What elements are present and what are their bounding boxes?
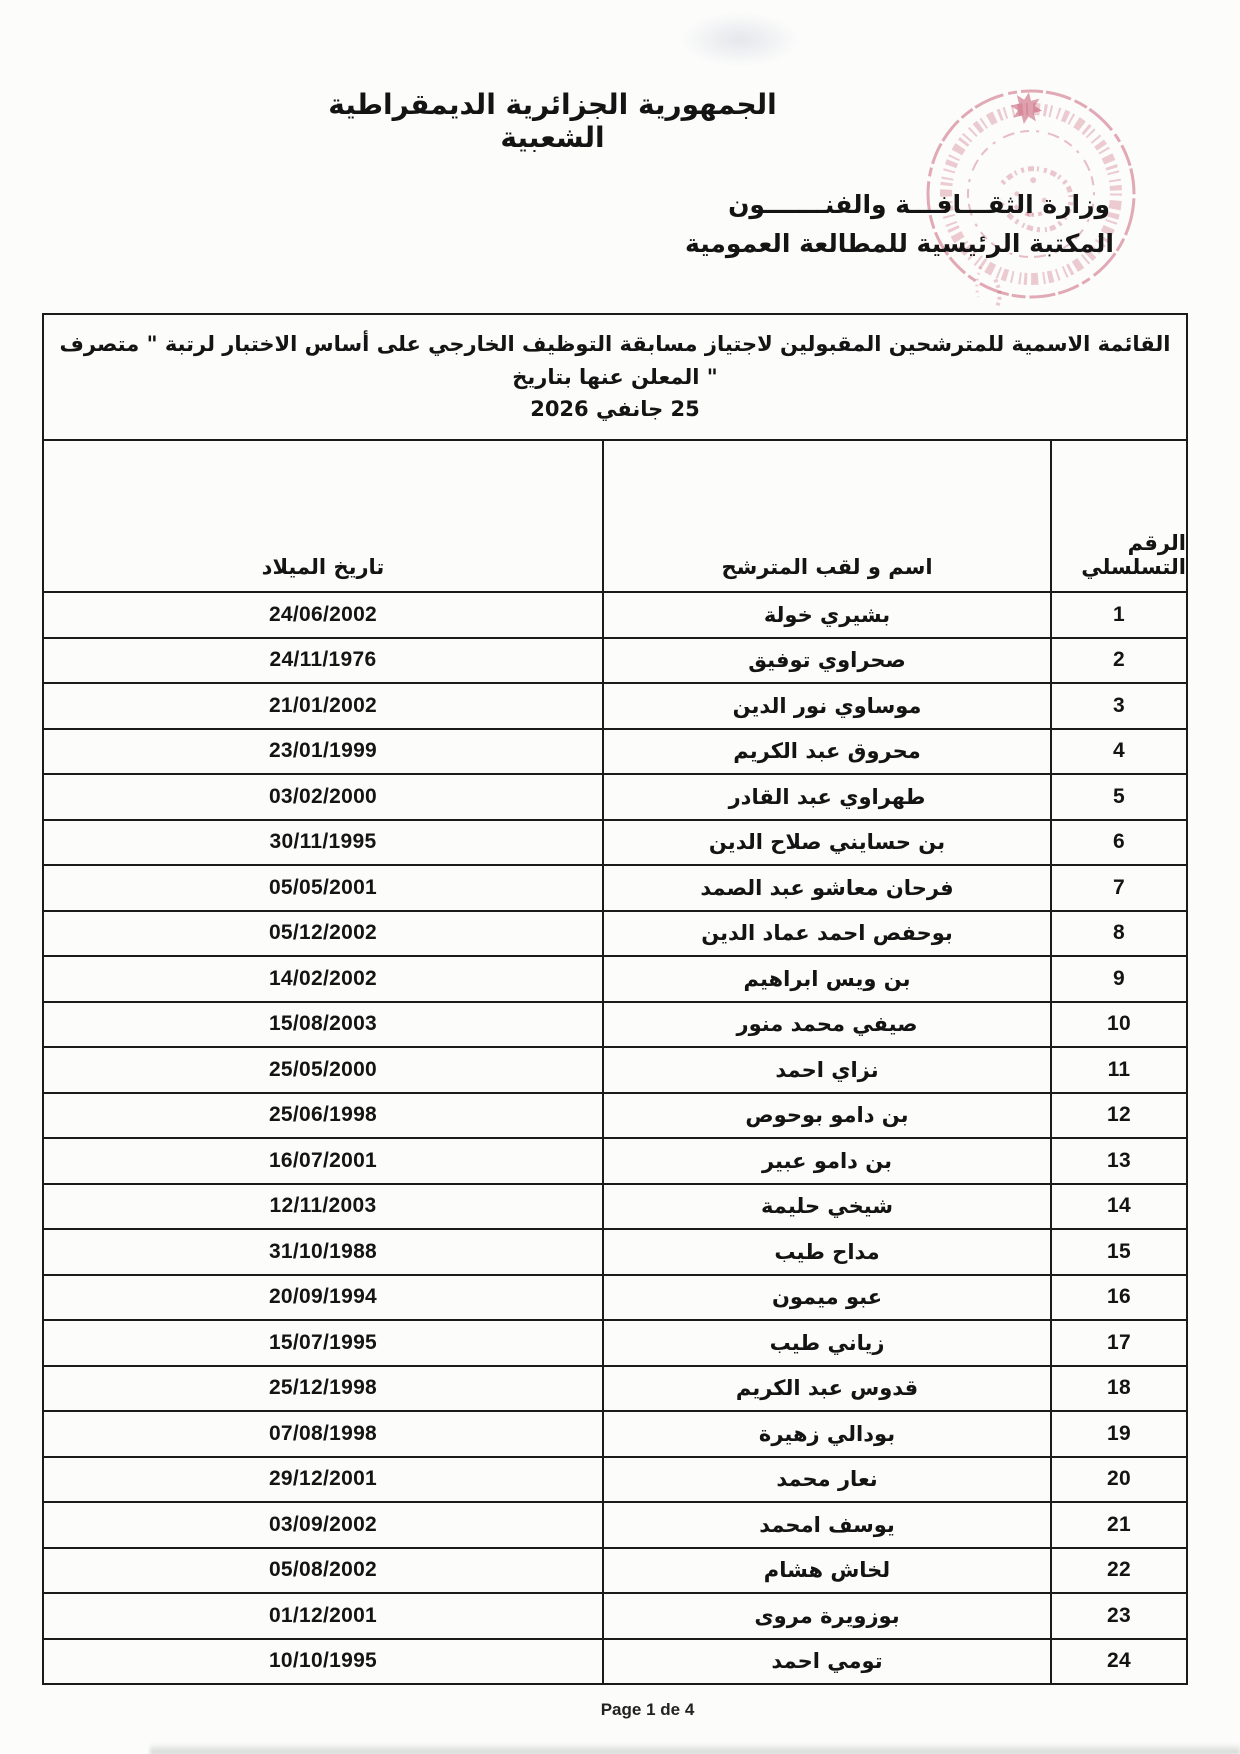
table-row: 10 صيفي محمد منور 15/08/2003 bbox=[44, 1001, 1186, 1047]
column-header-birthdate: تاريخ الميلاد bbox=[44, 441, 602, 591]
table-row: 22 لخاش هشام 05/08/2002 bbox=[44, 1547, 1186, 1593]
birthdate-cell: 03/09/2002 bbox=[44, 1503, 602, 1547]
birthdate-cell: 05/08/2002 bbox=[44, 1549, 602, 1593]
table-row: 14 شيخي حليمة 12/11/2003 bbox=[44, 1183, 1186, 1229]
table-row: 24 تومي احمد 10/10/1995 bbox=[44, 1638, 1186, 1684]
scan-edge-band bbox=[150, 1743, 1240, 1754]
birthdate-cell: 16/07/2001 bbox=[44, 1139, 602, 1183]
serial-number-cell: 15 bbox=[1050, 1230, 1186, 1274]
birthdate-cell: 05/12/2002 bbox=[44, 912, 602, 956]
serial-number-cell: 10 bbox=[1050, 1003, 1186, 1047]
table-row: 5 طهراوي عبد القادر 03/02/2000 bbox=[44, 773, 1186, 819]
candidate-name-cell: قدوس عبد الكريم bbox=[602, 1367, 1050, 1411]
candidates-table: الرقم التسلسلي اسم و لقب المترشح تاريخ ا… bbox=[42, 441, 1188, 1685]
serial-number-cell: 24 bbox=[1050, 1640, 1186, 1684]
table-row: 13 بن دامو عبير 16/07/2001 bbox=[44, 1137, 1186, 1183]
table-body: 1 بشيري خولة 24/06/2002 2 صحراوي توفيق 2… bbox=[44, 591, 1186, 1683]
candidate-name-cell: صيفي محمد منور bbox=[602, 1003, 1050, 1047]
table-row: 8 بوحفص احمد عماد الدين 05/12/2002 bbox=[44, 910, 1186, 956]
birthdate-cell: 25/06/1998 bbox=[44, 1094, 602, 1138]
candidate-name-cell: زياني طيب bbox=[602, 1321, 1050, 1365]
candidate-name-cell: بوحفص احمد عماد الدين bbox=[602, 912, 1050, 956]
birthdate-cell: 30/11/1995 bbox=[44, 821, 602, 865]
birthdate-cell: 03/02/2000 bbox=[44, 775, 602, 819]
serial-number-cell: 4 bbox=[1050, 730, 1186, 774]
table-row: 12 بن دامو بوحوص 25/06/1998 bbox=[44, 1092, 1186, 1138]
birthdate-cell: 24/11/1976 bbox=[44, 639, 602, 683]
table-row: 6 بن حسايني صلاح الدين 30/11/1995 bbox=[44, 819, 1186, 865]
table-row: 11 نزاي احمد 25/05/2000 bbox=[44, 1046, 1186, 1092]
serial-number-cell: 21 bbox=[1050, 1503, 1186, 1547]
candidate-name-cell: لخاش هشام bbox=[602, 1549, 1050, 1593]
page-footer: Page 1 de 4 bbox=[0, 1700, 1240, 1720]
serial-number-cell: 9 bbox=[1050, 957, 1186, 1001]
table-row: 4 محروق عبد الكريم 23/01/1999 bbox=[44, 728, 1186, 774]
candidate-name-cell: طهراوي عبد القادر bbox=[602, 775, 1050, 819]
serial-number-cell: 19 bbox=[1050, 1412, 1186, 1456]
candidate-name-cell: بودالي زهيرة bbox=[602, 1412, 1050, 1456]
serial-number-cell: 5 bbox=[1050, 775, 1186, 819]
candidate-name-cell: فرحان معاشو عبد الصمد bbox=[602, 866, 1050, 910]
table-row: 19 بودالي زهيرة 07/08/1998 bbox=[44, 1410, 1186, 1456]
candidate-name-cell: بوزويرة مروى bbox=[602, 1594, 1050, 1638]
serial-number-cell: 23 bbox=[1050, 1594, 1186, 1638]
candidate-name-cell: بن حسايني صلاح الدين bbox=[602, 821, 1050, 865]
candidate-name-cell: تومي احمد bbox=[602, 1640, 1050, 1684]
list-title-box: القائمة الاسمية للمترشحين المقبولين لاجت… bbox=[42, 313, 1188, 441]
candidate-name-cell: بن دامو عبير bbox=[602, 1139, 1050, 1183]
list-title-line1: القائمة الاسمية للمترشحين المقبولين لاجت… bbox=[58, 328, 1172, 393]
scan-smudge bbox=[680, 12, 800, 67]
table-row: 16 عبو ميمون 20/09/1994 bbox=[44, 1274, 1186, 1320]
scanned-document-page: الجمهورية الجزائرية الديمقراطية الشعبية … bbox=[0, 0, 1240, 1754]
serial-number-cell: 22 bbox=[1050, 1549, 1186, 1593]
table-row: 20 نعار محمد 29/12/2001 bbox=[44, 1456, 1186, 1502]
birthdate-cell: 25/05/2000 bbox=[44, 1048, 602, 1092]
table-row: 1 بشيري خولة 24/06/2002 bbox=[44, 591, 1186, 637]
serial-number-cell: 3 bbox=[1050, 684, 1186, 728]
birthdate-cell: 15/07/1995 bbox=[44, 1321, 602, 1365]
serial-number-cell: 12 bbox=[1050, 1094, 1186, 1138]
table-header-row: الرقم التسلسلي اسم و لقب المترشح تاريخ ا… bbox=[44, 441, 1186, 591]
table-row: 2 صحراوي توفيق 24/11/1976 bbox=[44, 637, 1186, 683]
birthdate-cell: 07/08/1998 bbox=[44, 1412, 602, 1456]
birthdate-cell: 25/12/1998 bbox=[44, 1367, 602, 1411]
library-name: المكتبة الرئيسية للمطالعة العمومية bbox=[685, 229, 1114, 258]
table-row: 15 مداح طيب 31/10/1988 bbox=[44, 1228, 1186, 1274]
table-row: 18 قدوس عبد الكريم 25/12/1998 bbox=[44, 1365, 1186, 1411]
candidate-name-cell: مداح طيب bbox=[602, 1230, 1050, 1274]
birthdate-cell: 01/12/2001 bbox=[44, 1594, 602, 1638]
birthdate-cell: 10/10/1995 bbox=[44, 1640, 602, 1684]
serial-number-cell: 7 bbox=[1050, 866, 1186, 910]
candidate-name-cell: بن ويس ابراهيم bbox=[602, 957, 1050, 1001]
candidate-name-cell: شيخي حليمة bbox=[602, 1185, 1050, 1229]
serial-number-cell: 11 bbox=[1050, 1048, 1186, 1092]
candidate-name-cell: محروق عبد الكريم bbox=[602, 730, 1050, 774]
serial-number-cell: 13 bbox=[1050, 1139, 1186, 1183]
republic-title: الجمهورية الجزائرية الديمقراطية الشعبية bbox=[285, 88, 820, 154]
birthdate-cell: 29/12/2001 bbox=[44, 1458, 602, 1502]
candidate-name-cell: عبو ميمون bbox=[602, 1276, 1050, 1320]
birthdate-cell: 24/06/2002 bbox=[44, 593, 602, 637]
candidate-name-cell: نزاي احمد bbox=[602, 1048, 1050, 1092]
serial-number-cell: 16 bbox=[1050, 1276, 1186, 1320]
table-row: 9 بن ويس ابراهيم 14/02/2002 bbox=[44, 955, 1186, 1001]
serial-number-cell: 2 bbox=[1050, 639, 1186, 683]
table-row: 3 موساوي نور الدين 21/01/2002 bbox=[44, 682, 1186, 728]
table-row: 17 زياني طيب 15/07/1995 bbox=[44, 1319, 1186, 1365]
birthdate-cell: 05/05/2001 bbox=[44, 866, 602, 910]
serial-number-cell: 8 bbox=[1050, 912, 1186, 956]
page-number: Page 1 de 4 bbox=[601, 1700, 695, 1720]
column-header-serial: الرقم التسلسلي bbox=[1050, 441, 1186, 591]
serial-number-cell: 1 bbox=[1050, 593, 1186, 637]
serial-number-cell: 20 bbox=[1050, 1458, 1186, 1502]
candidate-name-cell: موساوي نور الدين bbox=[602, 684, 1050, 728]
candidate-name-cell: صحراوي توفيق bbox=[602, 639, 1050, 683]
serial-number-cell: 14 bbox=[1050, 1185, 1186, 1229]
column-header-name: اسم و لقب المترشح bbox=[602, 441, 1050, 591]
serial-number-cell: 17 bbox=[1050, 1321, 1186, 1365]
birthdate-cell: 20/09/1994 bbox=[44, 1276, 602, 1320]
candidate-name-cell: بشيري خولة bbox=[602, 593, 1050, 637]
birthdate-cell: 14/02/2002 bbox=[44, 957, 602, 1001]
candidate-name-cell: يوسف امحمد bbox=[602, 1503, 1050, 1547]
list-title-line2: 25 جانفي 2026 bbox=[58, 393, 1172, 426]
birthdate-cell: 21/01/2002 bbox=[44, 684, 602, 728]
candidate-name-cell: نعار محمد bbox=[602, 1458, 1050, 1502]
serial-number-cell: 18 bbox=[1050, 1367, 1186, 1411]
birthdate-cell: 31/10/1988 bbox=[44, 1230, 602, 1274]
ministry-name: وزارة الثقـــافـــة والفنـــــــون bbox=[728, 190, 1110, 219]
candidate-name-cell: بن دامو بوحوص bbox=[602, 1094, 1050, 1138]
table-row: 23 بوزويرة مروى 01/12/2001 bbox=[44, 1592, 1186, 1638]
table-row: 21 يوسف امحمد 03/09/2002 bbox=[44, 1501, 1186, 1547]
birthdate-cell: 23/01/1999 bbox=[44, 730, 602, 774]
table-row: 7 فرحان معاشو عبد الصمد 05/05/2001 bbox=[44, 864, 1186, 910]
birthdate-cell: 12/11/2003 bbox=[44, 1185, 602, 1229]
serial-number-cell: 6 bbox=[1050, 821, 1186, 865]
birthdate-cell: 15/08/2003 bbox=[44, 1003, 602, 1047]
